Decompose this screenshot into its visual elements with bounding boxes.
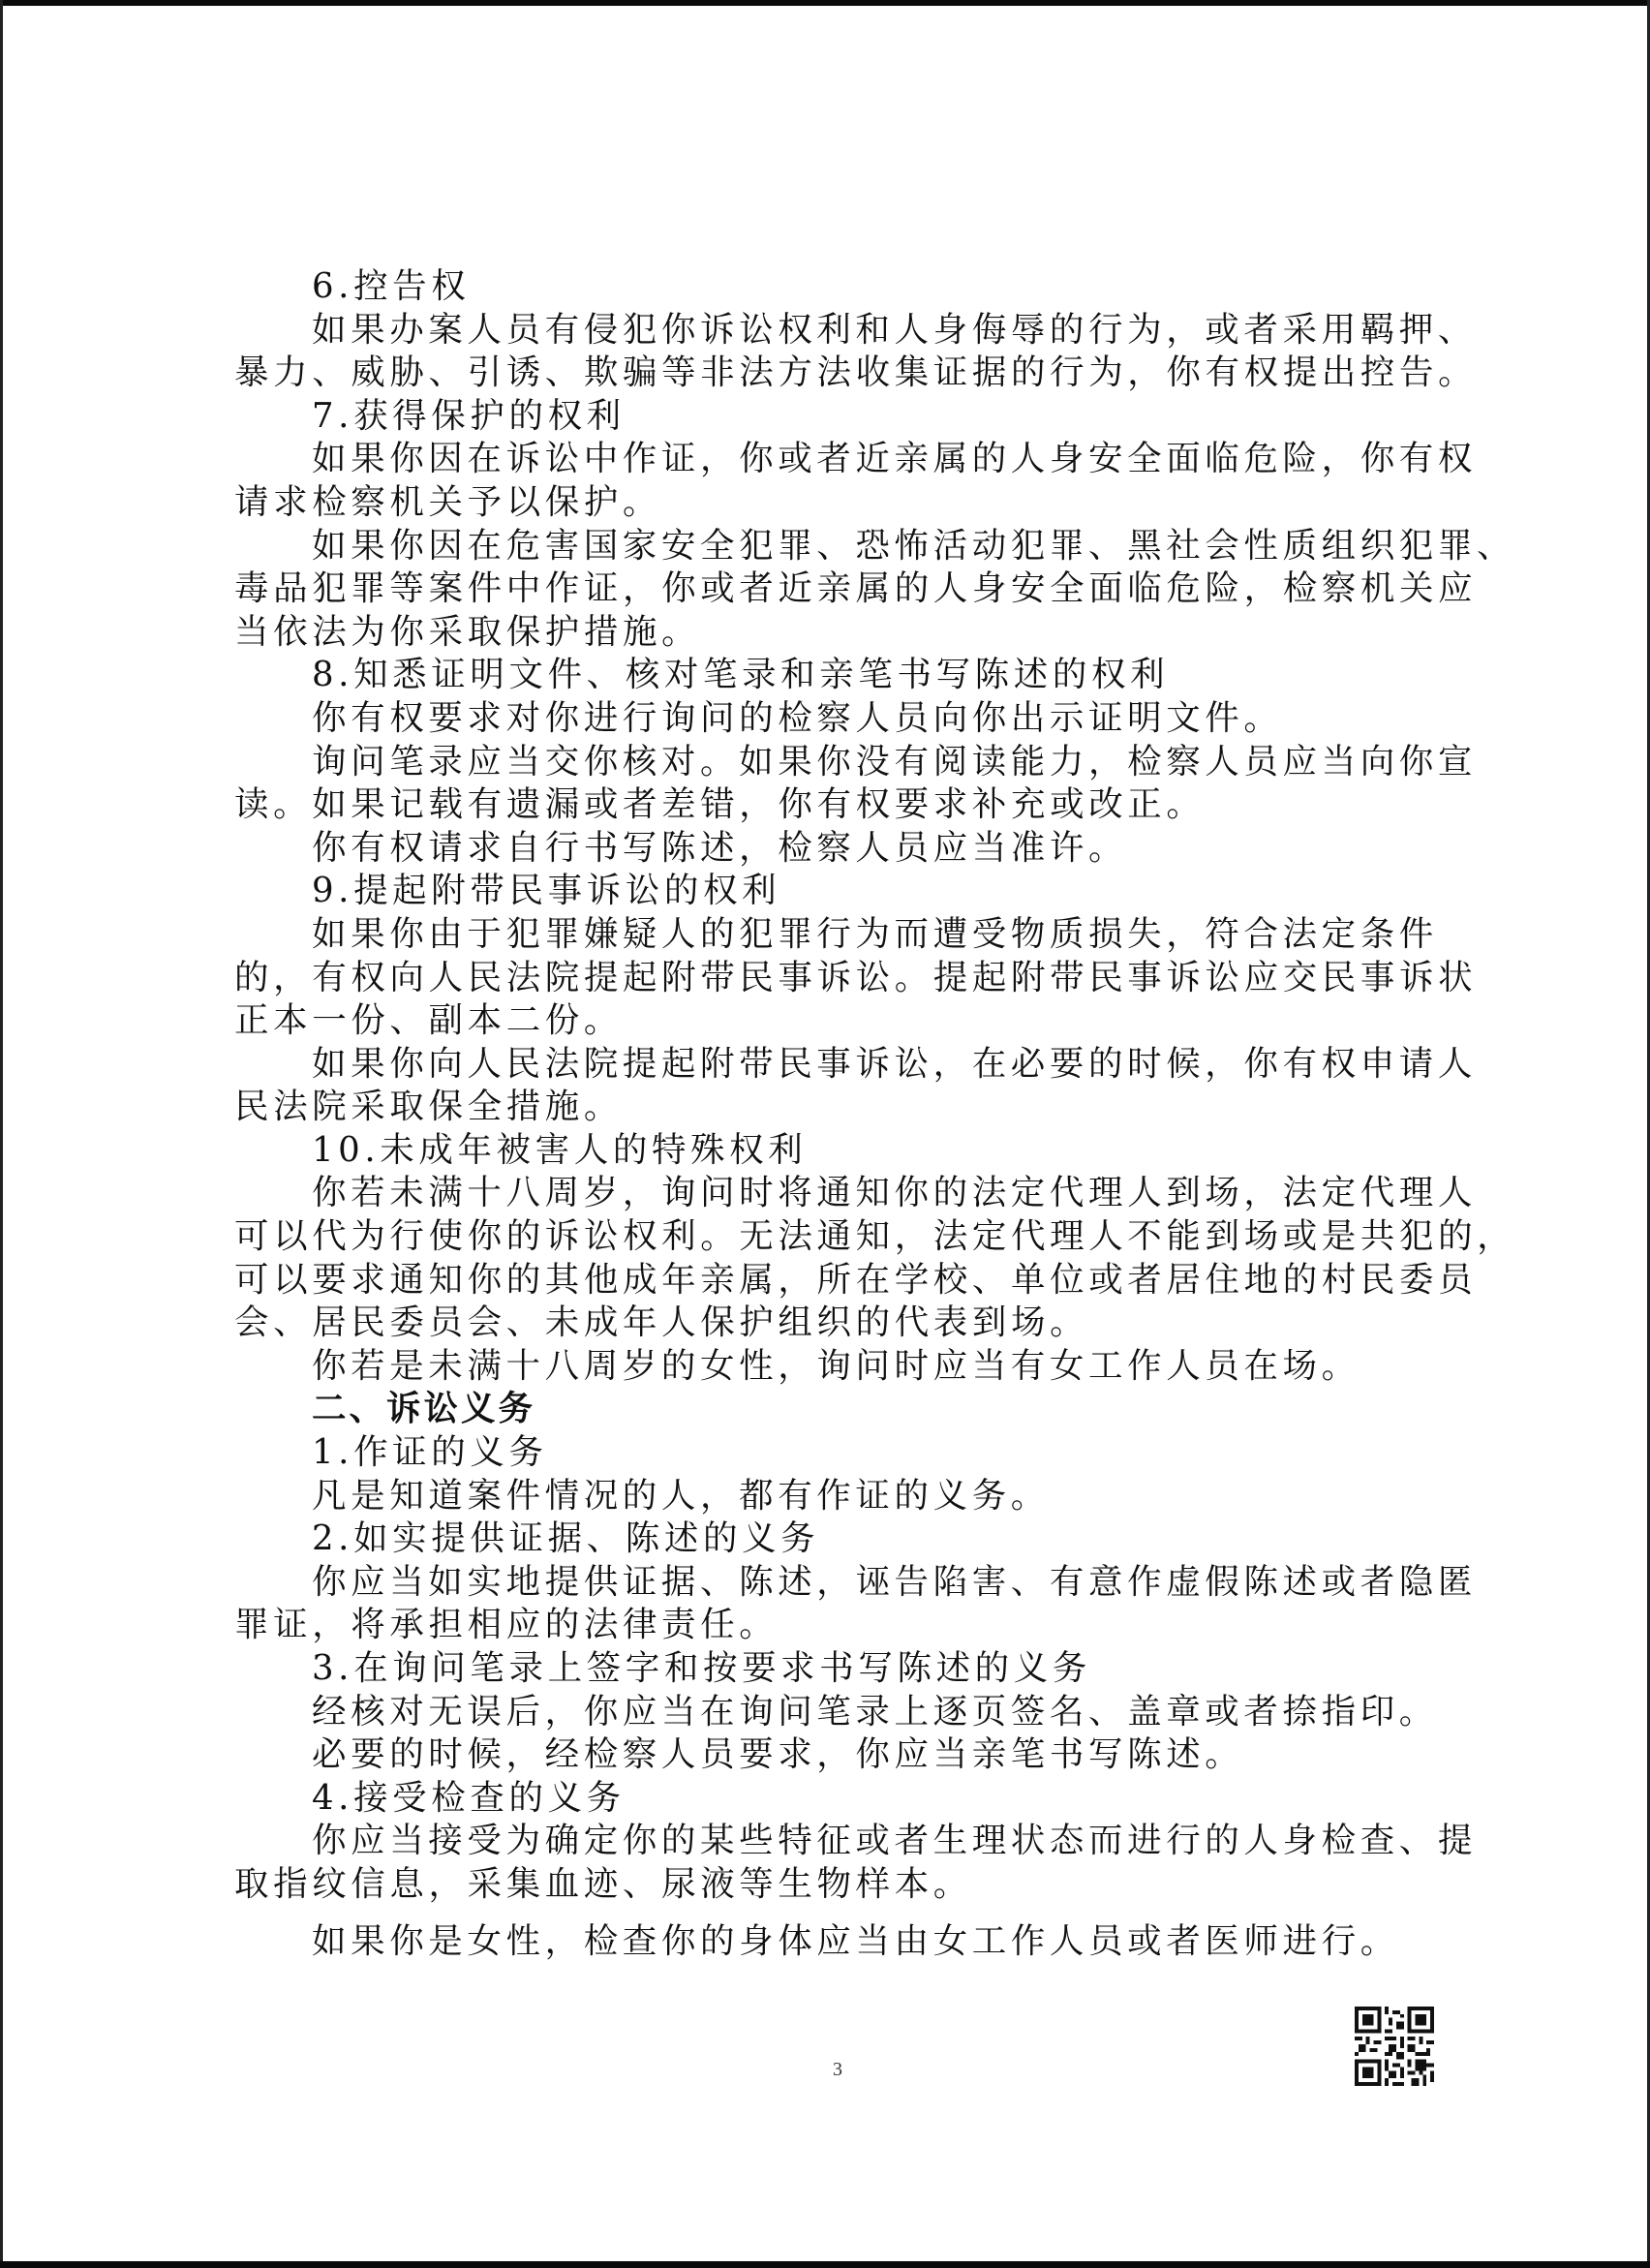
paragraph-line: 民法院采取保全措施。 bbox=[234, 1086, 1456, 1129]
paragraph-line: 的，有权向人民法院提起附带民事诉讼。提起附带民事诉讼应交民事诉状 bbox=[234, 957, 1456, 1000]
paragraph-line: 毒品犯罪等案件中作证，你或者近亲属的人身安全面临危险，检察机关应 bbox=[234, 567, 1456, 611]
paragraph-line: 你有权要求对你进行询问的检察人员向你出示证明文件。 bbox=[234, 697, 1456, 741]
scan-edge-top bbox=[0, 0, 1650, 6]
subheading-10: 10.未成年被害人的特殊权利 bbox=[234, 1129, 1456, 1173]
paragraph-line: 如果你因在诉讼中作证，你或者近亲属的人身安全面临危险，你有权 bbox=[234, 438, 1456, 481]
paragraph-line: 你应当接受为确定你的某些特征或者生理状态而进行的人身检查、提 bbox=[234, 1820, 1456, 1863]
paragraph-line: 罪证，将承担相应的法律责任。 bbox=[234, 1604, 1456, 1647]
paragraph-line: 你有权请求自行书写陈述，检察人员应当准许。 bbox=[234, 827, 1456, 871]
scan-edge-left bbox=[0, 0, 3, 2268]
paragraph-line: 必要的时候，经检察人员要求，你应当亲笔书写陈述。 bbox=[234, 1733, 1456, 1777]
paragraph-line: 暴力、威胁、引诱、欺骗等非法方法收集证据的行为，你有权提出控告。 bbox=[234, 352, 1456, 395]
subheading-9: 9.提起附带民事诉讼的权利 bbox=[234, 870, 1456, 913]
paragraph-line: 你若是未满十八周岁的女性，询问时应当有女工作人员在场。 bbox=[234, 1345, 1456, 1389]
subheading-obligation-2: 2.如实提供证据、陈述的义务 bbox=[234, 1517, 1456, 1561]
subheading-8: 8.知悉证明文件、核对笔录和亲笔书写陈述的权利 bbox=[234, 654, 1456, 697]
paragraph-line: 如果你由于犯罪嫌疑人的犯罪行为而遭受物质损失，符合法定条件 bbox=[234, 913, 1456, 957]
paragraph-line: 如果你是女性，检查你的身体应当由女工作人员或者医师进行。 bbox=[234, 1920, 1456, 1964]
paragraph-line: 取指纹信息，采集血迹、尿液等生物样本。 bbox=[234, 1863, 1456, 1907]
paragraph-line: 如果你因在危害国家安全犯罪、恐怖活动犯罪、黑社会性质组织犯罪、 bbox=[234, 525, 1456, 568]
scan-edge-bottom bbox=[0, 2261, 1650, 2268]
paragraph-line: 询问笔录应当交你核对。如果你没有阅读能力，检察人员应当向你宣 bbox=[234, 741, 1456, 784]
paragraph-line: 你若未满十八周岁，询问时将通知你的法定代理人到场，法定代理人 bbox=[234, 1172, 1456, 1215]
subheading-7: 7.获得保护的权利 bbox=[234, 395, 1456, 439]
qr-code-icon bbox=[1354, 2007, 1435, 2086]
paragraph-line: 可以代为行使你的诉讼权利。无法通知，法定代理人不能到场或是共犯的， bbox=[234, 1215, 1456, 1259]
page-number: 3 bbox=[833, 2059, 842, 2081]
subheading-obligation-1: 1.作证的义务 bbox=[234, 1431, 1456, 1475]
paragraph-line: 会、居民委员会、未成年人保护组织的代表到场。 bbox=[234, 1302, 1456, 1345]
paragraph-line: 可以要求通知你的其他成年亲属，所在学校、单位或者居住地的村民委员 bbox=[234, 1259, 1456, 1303]
paragraph-line: 凡是知道案件情况的人，都有作证的义务。 bbox=[234, 1475, 1456, 1518]
section-heading-obligations: 二、诉讼义务 bbox=[234, 1388, 1456, 1431]
subheading-obligation-3: 3.在询问笔录上签字和按要求书写陈述的义务 bbox=[234, 1647, 1456, 1691]
paragraph-line: 当依法为你采取保护措施。 bbox=[234, 611, 1456, 655]
subheading-obligation-4: 4.接受检查的义务 bbox=[234, 1777, 1456, 1821]
paragraph-line: 经核对无误后，你应当在询问笔录上逐页签名、盖章或者捺指印。 bbox=[234, 1691, 1456, 1734]
paragraph-line: 如果办案人员有侵犯你诉讼权利和人身侮辱的行为，或者采用羁押、 bbox=[234, 309, 1456, 352]
paragraph-gap bbox=[234, 1907, 1456, 1920]
paragraph-line: 你应当如实地提供证据、陈述，诬告陷害、有意作虚假陈述或者隐匿 bbox=[234, 1561, 1456, 1605]
document-body: 6.控告权 如果办案人员有侵犯你诉讼权利和人身侮辱的行为，或者采用羁押、 暴力、… bbox=[234, 265, 1456, 1963]
subheading-6: 6.控告权 bbox=[234, 265, 1456, 309]
paragraph-line: 如果你向人民法院提起附带民事诉讼，在必要的时候，你有权申请人 bbox=[234, 1043, 1456, 1087]
paragraph-line: 正本一份、副本二份。 bbox=[234, 999, 1456, 1043]
paragraph-line: 请求检察机关予以保护。 bbox=[234, 481, 1456, 525]
paragraph-line: 读。如果记载有遗漏或者差错，你有权要求补充或改正。 bbox=[234, 783, 1456, 827]
